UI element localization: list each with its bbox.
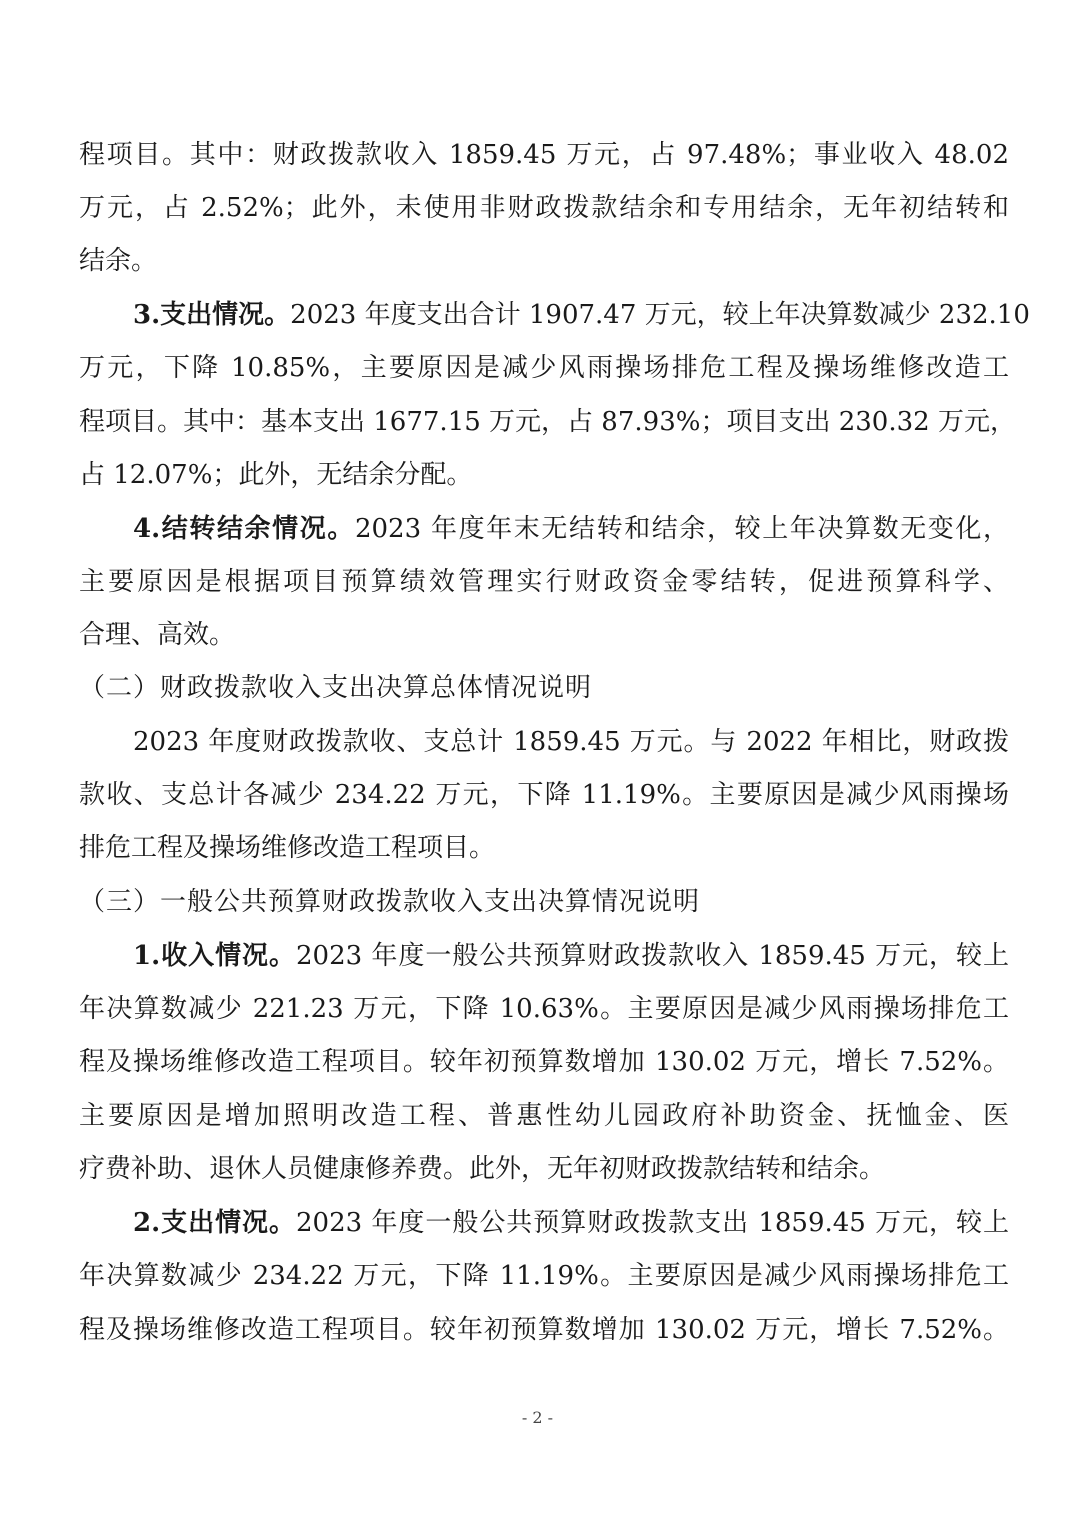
section-heading-fiscal-overall: （二）财政拨款收入支出决算总体情况说明 [79,668,1009,708]
paragraph-fiscal-overall-line-1: 2023 年度财政拨款收、支总计 1859.45 万元。与 2022 年相比，财… [133,722,1009,762]
section-heading-gb-income: 1.收入情况。 [133,941,296,971]
paragraph-gb-income-line-2: 年决算数减少 221.23 万元，下降 10.63%。主要原因是减少风雨操场排危… [79,989,1009,1029]
page-number: - 2 - [0,1408,1075,1428]
paragraph-gb-expenditure-line-2: 年决算数减少 234.22 万元，下降 11.19%。主要原因是减少风雨操场排危… [79,1256,1009,1296]
paragraph-carryover-line-3: 合理、高效。 [79,615,1009,655]
document-page: 程项目。其中：财政拨款收入 1859.45 万元，占 97.48%；事业收入 4… [0,0,1075,1520]
paragraph-income-line-1: 程项目。其中：财政拨款收入 1859.45 万元，占 97.48%；事业收入 4… [79,135,1009,175]
paragraph-gb-income-line-5: 疗费补助、退休人员健康修养费。此外，无年初财政拨款结转和结余。 [79,1149,1009,1189]
paragraph-text: 2023 年度年末无结转和结余，较上年决算数无变化， [355,514,1009,544]
paragraph-expenditure-line-4: 占 12.07%；此外，无结余分配。 [79,455,1009,495]
paragraph-gb-income-line-1: 1.收入情况。2023 年度一般公共预算财政拨款收入 1859.45 万元，较上 [133,936,1009,976]
paragraph-expenditure-line-2: 万元，下降 10.85%，主要原因是减少风雨操场排危工程及操场维修改造工 [79,348,1009,388]
paragraph-text: 2023 年度一般公共预算财政拨款收入 1859.45 万元，较上 [296,941,1009,971]
paragraph-gb-income-line-3: 程及操场维修改造工程项目。较年初预算数增加 130.02 万元，增长 7.52%… [79,1042,1009,1082]
paragraph-carryover-line-2: 主要原因是根据项目预算绩效管理实行财政资金零结转，促进预算科学、 [79,562,1009,602]
paragraph-fiscal-overall-line-2: 款收、支总计各减少 234.22 万元，下降 11.19%。主要原因是减少风雨操… [79,775,1009,815]
section-heading-gb-expenditure: 2.支出情况。 [133,1208,296,1238]
paragraph-gb-expenditure-line-1: 2.支出情况。2023 年度一般公共预算财政拨款支出 1859.45 万元，较上 [133,1203,1009,1243]
paragraph-gb-expenditure-line-3: 程及操场维修改造工程项目。较年初预算数增加 130.02 万元，增长 7.52%… [79,1310,1009,1350]
paragraph-income-line-3: 结余。 [79,241,1009,281]
paragraph-text: 2023 年度支出合计 1907.47 万元，较上年决算数减少 232.10 [290,300,1030,330]
paragraph-gb-income-line-4: 主要原因是增加照明改造工程、普惠性幼儿园政府补助资金、抚恤金、医 [79,1096,1009,1136]
paragraph-expenditure-line-1: 3.支出情况。2023 年度支出合计 1907.47 万元，较上年决算数减少 2… [133,295,1009,335]
paragraph-carryover-line-1: 4.结转结余情况。2023 年度年末无结转和结余，较上年决算数无变化， [133,509,1009,549]
section-heading-general-budget: （三）一般公共预算财政拨款收入支出决算情况说明 [79,882,1009,922]
paragraph-income-line-2: 万元，占 2.52%；此外，未使用非财政拨款结余和专用结余，无年初结转和 [79,188,1009,228]
paragraph-text: 2023 年度一般公共预算财政拨款支出 1859.45 万元，较上 [296,1208,1009,1238]
section-heading-expenditure: 3.支出情况。 [133,300,290,330]
section-heading-carryover: 4.结转结余情况。 [133,514,355,544]
paragraph-fiscal-overall-line-3: 排危工程及操场维修改造工程项目。 [79,828,1009,868]
paragraph-expenditure-line-3: 程项目。其中：基本支出 1677.15 万元，占 87.93%；项目支出 230… [79,402,1009,442]
